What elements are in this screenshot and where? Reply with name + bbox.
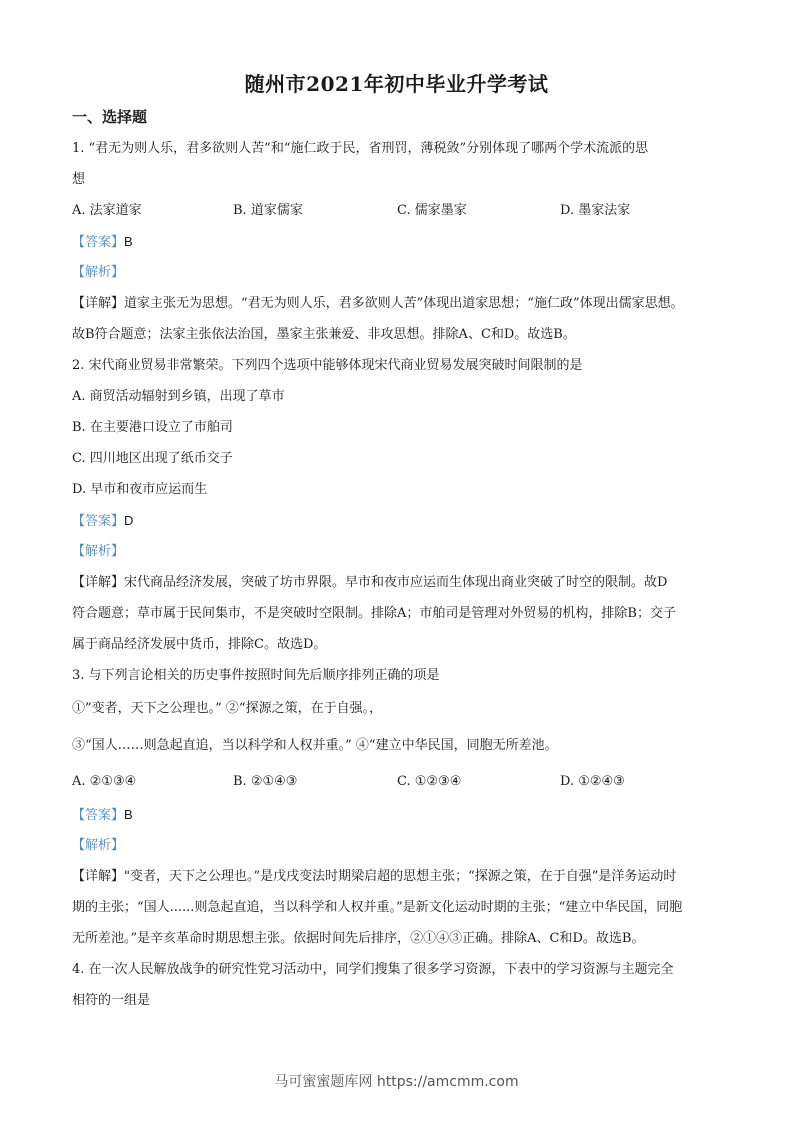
q3-answer: 【答案】B bbox=[72, 806, 133, 825]
q2-detail-line-3: 属于商品经济发展中货币，排除C。故选D。 bbox=[72, 636, 326, 654]
q1-analysis-label: 【解析】 bbox=[72, 264, 124, 282]
q3-stem: 3. 与下列言论相关的历史事件按照时间先后顺序排列正确的项是 bbox=[72, 667, 440, 685]
q2-detail-line-1: 【详解】宋代商品经济发展，突破了坊市界限。早市和夜市应运而生体现出商业突破了时空… bbox=[72, 574, 667, 592]
section-heading: 一、选择题 bbox=[72, 106, 147, 127]
q1-option-d: D. 墨家法家 bbox=[560, 202, 630, 220]
detail-label: 【详解】 bbox=[72, 869, 124, 884]
detail-label: 【详解】 bbox=[72, 575, 124, 590]
q2-analysis-label: 【解析】 bbox=[72, 543, 124, 561]
q1-stem-line-2: 想 bbox=[72, 171, 85, 189]
q3-quote-line-2: ③“国人……则急起直追，当以科学和人权并重。” ④“建立中华民国，同胞无所差池。 bbox=[72, 737, 558, 755]
answer-value: D bbox=[124, 513, 133, 528]
q2-option-c: C. 四川地区出现了纸币交子 bbox=[72, 450, 233, 468]
q1-detail-line-1: 【详解】道家主张无为思想。“君无为则人乐，君多欲则人苦”体现出道家思想；“施仁政… bbox=[72, 295, 684, 313]
q1-detail-line-2: 故B符合题意；法家主张依法治国，墨家主张兼爱、非攻思想。排除A、C和D。故选B。 bbox=[72, 326, 576, 344]
q1-answer: 【答案】B bbox=[72, 233, 133, 252]
q3-option-c: C. ①②③④ bbox=[397, 773, 461, 791]
q3-analysis-label: 【解析】 bbox=[72, 837, 124, 855]
answer-label: 【答案】 bbox=[72, 808, 124, 823]
q1-option-c: C. 儒家墨家 bbox=[397, 202, 467, 220]
q3-detail-line-2: 期的主张；“国人......则急起直追，当以科学和人权并重。”是新文化运动时期的… bbox=[72, 899, 682, 917]
watermark-footer: 马可蜜蜜题库网 https://amcmm.com bbox=[0, 1071, 793, 1091]
answer-value: B bbox=[124, 807, 133, 822]
q3-option-a: A. ②①③④ bbox=[72, 773, 136, 791]
detail-label: 【详解】 bbox=[72, 296, 124, 311]
q1-option-b: B. 道家儒家 bbox=[233, 202, 303, 220]
answer-label: 【答案】 bbox=[72, 514, 124, 529]
q2-stem: 2. 宋代商业贸易非常繁荣。下列四个选项中能够体现宋代商业贸易发展突破时间限制的… bbox=[72, 357, 583, 375]
answer-label: 【答案】 bbox=[72, 235, 124, 250]
q3-detail-line-1: 【详解】"变者，天下之公理也。”是戊戌变法时期梁启超的思想主张；“探源之策，在于… bbox=[72, 868, 676, 886]
q3-option-b: B. ②①④③ bbox=[233, 773, 297, 791]
q1-option-a: A. 法家道家 bbox=[72, 202, 142, 220]
q2-option-a: A. 商贸活动辐射到乡镇，出现了草市 bbox=[72, 388, 285, 406]
q2-answer: 【答案】D bbox=[72, 512, 133, 531]
q1-stem-line-1: 1. “君无为则人乐，君多欲则人苦”和“施仁政于民，省刑罚，薄税敛”分别体现了哪… bbox=[72, 140, 648, 158]
q4-stem-line-1: 4. 在一次人民解放战争的研究性党习活动中，同学们搜集了很多学习资源，下表中的学… bbox=[72, 961, 674, 979]
answer-value: B bbox=[124, 234, 133, 249]
page-title: 随州市2021年初中毕业升学考试 bbox=[0, 68, 793, 97]
q2-option-d: D. 早市和夜市应运而生 bbox=[72, 481, 207, 499]
q2-detail-line-2: 符合题意；草市属于民间集市，不是突破时空限制。排除A；市舶司是管理对外贸易的机构… bbox=[72, 605, 676, 623]
q3-option-d: D. ①②④③ bbox=[560, 773, 625, 791]
q3-detail-line-3: 无所差池。”是辛亥革命时期思想主张。依据时间先后排序，②①④③正确。排除A、C和… bbox=[72, 930, 644, 948]
document-page: 随州市2021年初中毕业升学考试 一、选择题 1. “君无为则人乐，君多欲则人苦… bbox=[0, 0, 793, 1122]
q3-quote-line-1: ①”变者，天下之公理也。” ②“探源之策，在于自强。， bbox=[72, 700, 382, 718]
q4-stem-line-2: 相符的一组是 bbox=[72, 992, 150, 1010]
q2-option-b: B. 在主要港口设立了市舶司 bbox=[72, 419, 233, 437]
